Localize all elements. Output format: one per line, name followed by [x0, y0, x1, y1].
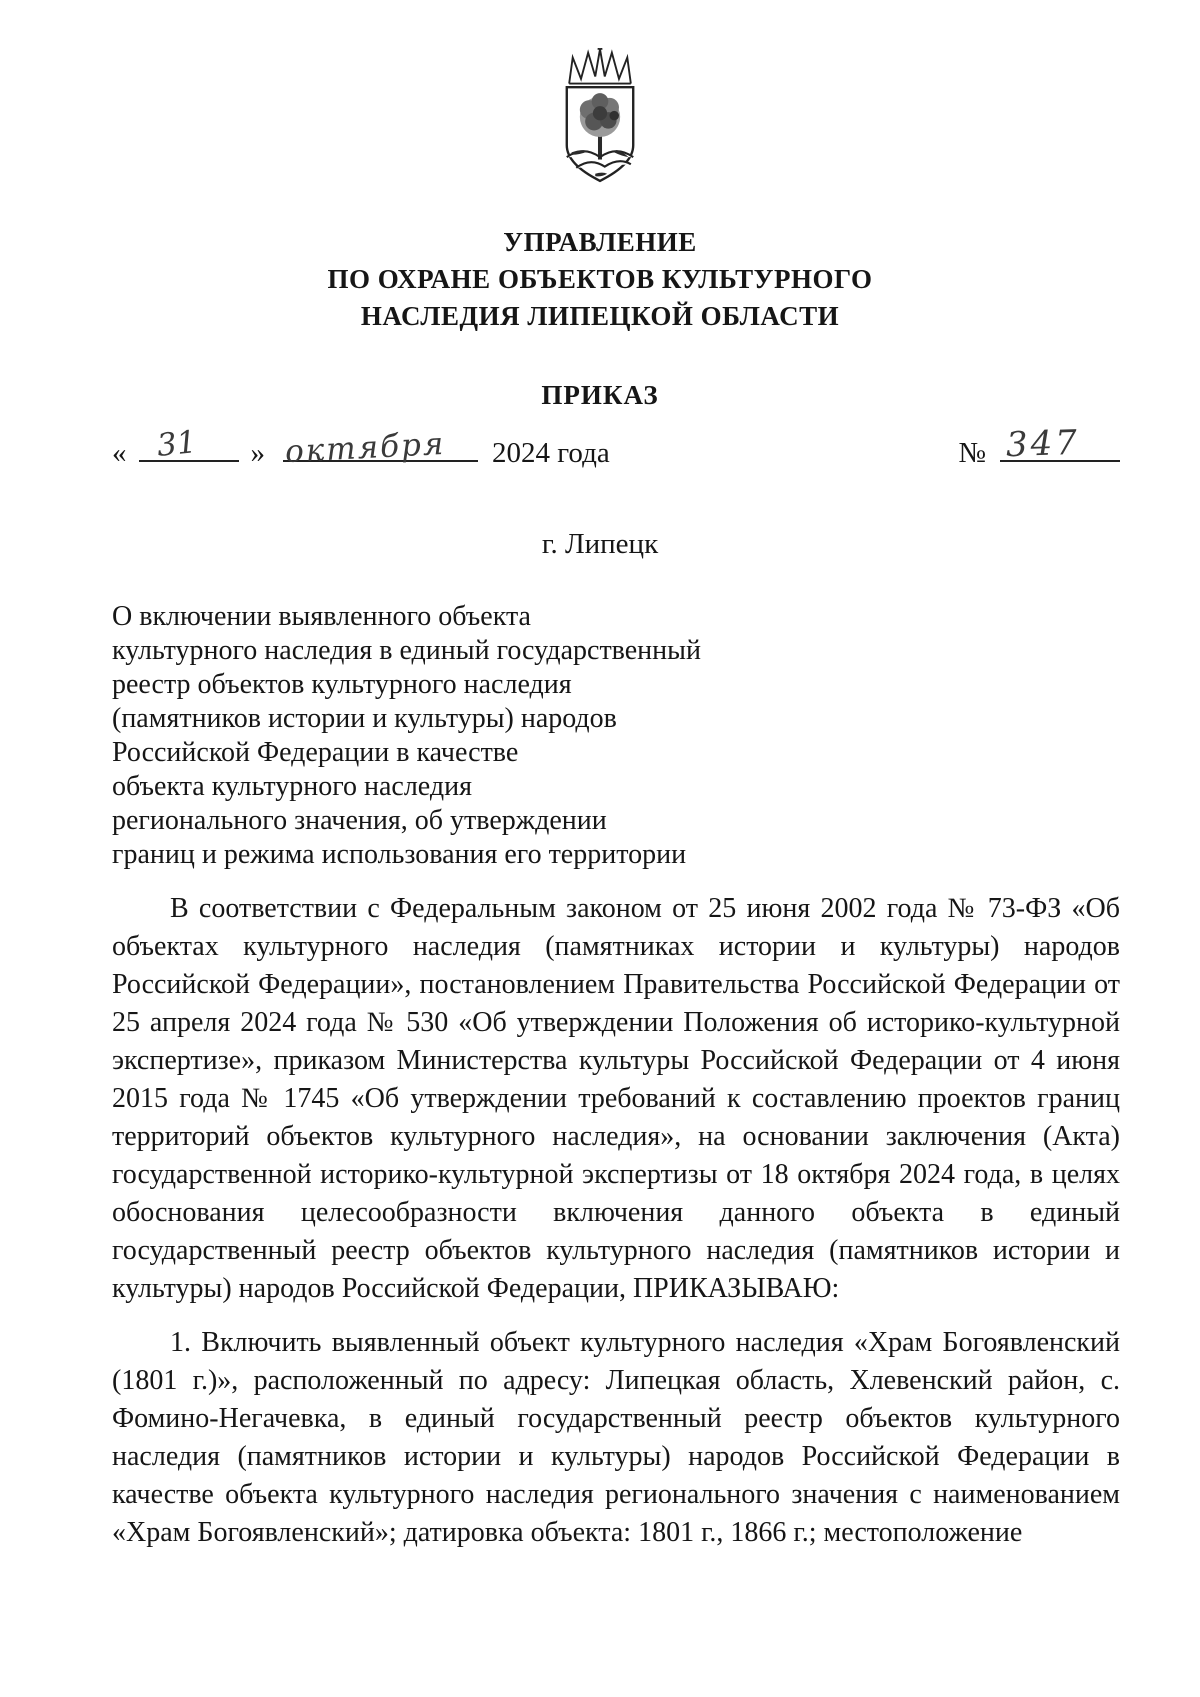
place-line: г. Липецк	[0, 528, 1200, 561]
handwritten-day: 31	[155, 424, 198, 464]
number-blank-line: 347	[1000, 456, 1120, 462]
order-item-1-paragraph: 1. Включить выявленный объект культурног…	[112, 1324, 1120, 1552]
day-blank-line: 31	[139, 456, 239, 462]
month-blank-line: октября	[283, 456, 478, 462]
date-and-number-row: «31»октября2024 года №347	[112, 420, 1120, 470]
handwritten-month: октября	[284, 426, 446, 470]
subject-line: О включении выявленного объекта	[112, 600, 832, 634]
subject-line: объекта культурного наследия	[112, 770, 832, 804]
preamble-paragraph: В соответствии с Федеральным законом от …	[112, 890, 1120, 1308]
subject-line: реестр объектов культурного наследия	[112, 668, 832, 702]
organization-name: УПРАВЛЕНИЕПО ОХРАНЕ ОБЪЕКТОВ КУЛЬТУРНОГО…	[0, 224, 1200, 335]
document-type-title: ПРИКАЗ	[0, 380, 1200, 411]
organization-name-line: НАСЛЕДИЯ ЛИПЕЦКОЙ ОБЛАСТИ	[0, 298, 1200, 335]
handwritten-number: 347	[1005, 423, 1080, 466]
organization-name-line: УПРАВЛЕНИЕ	[0, 224, 1200, 261]
document-page: УПРАВЛЕНИЕПО ОХРАНЕ ОБЪЕКТОВ КУЛЬТУРНОГО…	[0, 0, 1200, 1697]
subject-line: Российской Федерации в качестве	[112, 736, 832, 770]
lipetsk-coat-of-arms	[545, 48, 655, 188]
subject-line: (памятников истории и культуры) народов	[112, 702, 832, 736]
year-label: 2024 года	[492, 437, 610, 469]
subject-line: культурного наследия в единый государств…	[112, 634, 832, 668]
subject-line: границ и режима использования его террит…	[112, 838, 832, 872]
date-field: «31»октября2024 года	[112, 437, 610, 470]
number-sign: №	[958, 437, 986, 469]
day-close-quote: »	[251, 437, 266, 469]
crown-icon	[569, 49, 631, 84]
body-text: В соответствии с Федеральным законом от …	[112, 890, 1120, 1552]
subject-block: О включении выявленного объектакультурно…	[112, 600, 832, 872]
number-field: №347	[958, 437, 1120, 470]
coat-of-arms-svg	[552, 48, 648, 188]
subject-line: регионального значения, об утверждении	[112, 804, 832, 838]
day-open-quote: «	[112, 437, 127, 469]
organization-name-line: ПО ОХРАНЕ ОБЪЕКТОВ КУЛЬТУРНОГО	[0, 261, 1200, 298]
